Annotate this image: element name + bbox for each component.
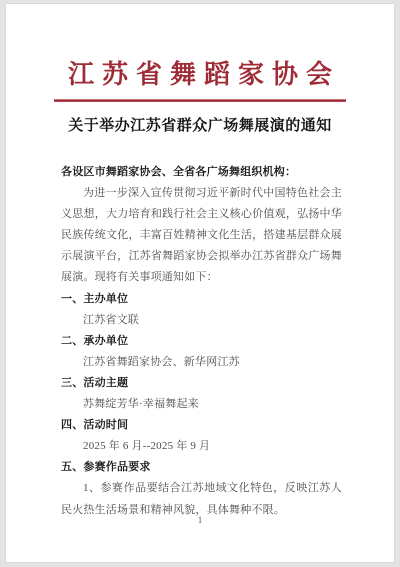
- section-heading-5: 五、参赛作品要求: [61, 457, 342, 478]
- header-rule: [54, 99, 346, 102]
- page-number: 1: [6, 515, 394, 525]
- intro-paragraph: 为进一步深入宣传贯彻习近平新时代中国特色社会主义思想，大力培育和践行社会主义核心…: [61, 183, 342, 288]
- section-heading-3: 三、活动主题: [61, 373, 342, 394]
- section-content-2: 江苏省舞蹈家协会、新华网江苏: [61, 352, 342, 373]
- section-heading-4: 四、活动时间: [61, 415, 342, 436]
- section-content-1: 江苏省文联: [61, 310, 342, 331]
- document-title: 关于举办江苏省群众广场舞展演的通知: [6, 116, 394, 136]
- salutation: 各设区市舞蹈家协会、全省各广场舞组织机构：: [61, 162, 342, 183]
- organization-title: 江苏省舞蹈家协会: [6, 60, 394, 90]
- section-heading-1: 一、主办单位: [61, 289, 342, 310]
- section-content-4: 2025 年 6 月--2025 年 9 月: [61, 436, 342, 457]
- section-heading-2: 二、承办单位: [61, 331, 342, 352]
- section-content-3: 苏舞绽芳华·幸福舞起来: [61, 394, 342, 415]
- document-page: 江苏省舞蹈家协会 关于举办江苏省群众广场舞展演的通知 各设区市舞蹈家协会、全省各…: [5, 3, 395, 563]
- document-body: 各设区市舞蹈家协会、全省各广场舞组织机构： 为进一步深入宣传贯彻习近平新时代中国…: [61, 162, 342, 521]
